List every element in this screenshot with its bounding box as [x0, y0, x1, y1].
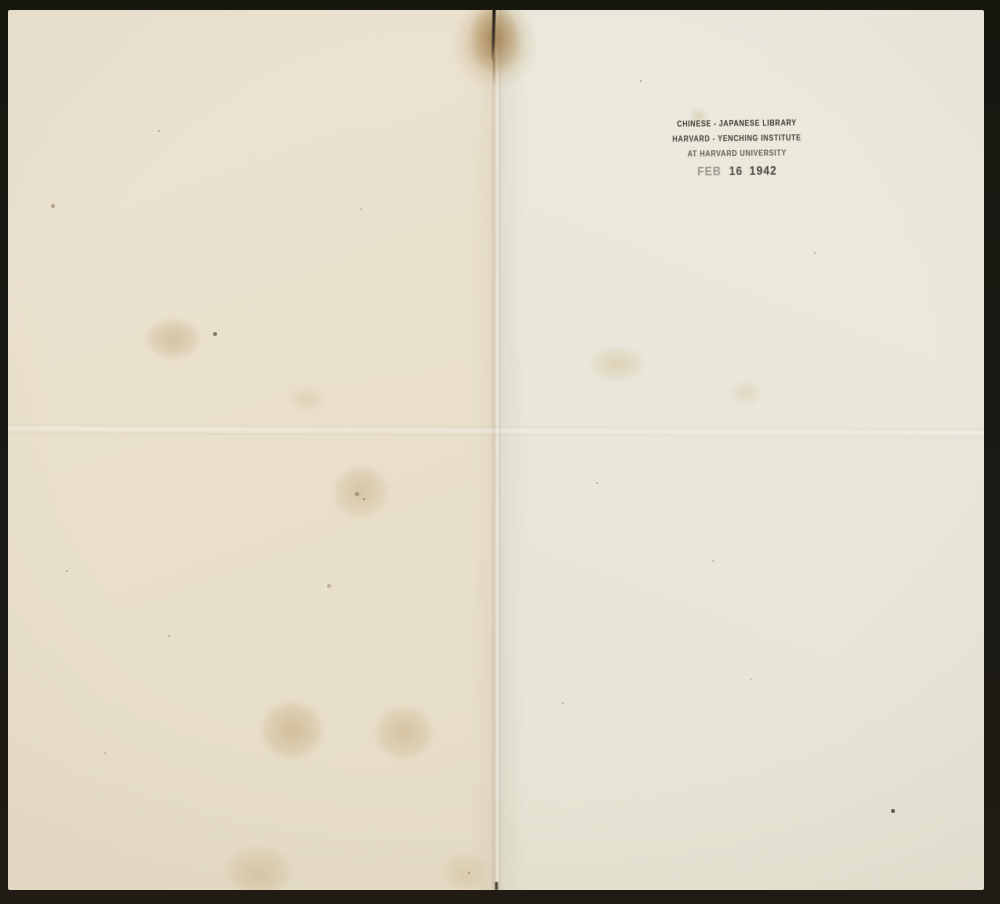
fold-crack-tail	[493, 58, 495, 88]
paper-spread: CHINESE - JAPANESE LIBRARY HARVARD - YEN…	[8, 10, 984, 890]
stamp-date-year: 1942	[749, 164, 777, 178]
book-fold-gutter	[492, 10, 502, 890]
right-page: CHINESE - JAPANESE LIBRARY HARVARD - YEN…	[497, 10, 984, 890]
paper-specks	[8, 10, 10, 12]
stamp-line-institute: HARVARD - YENCHING INSTITUTE	[663, 130, 811, 147]
library-stamp: CHINESE - JAPANESE LIBRARY HARVARD - YEN…	[647, 115, 828, 179]
fold-bottom-notch	[495, 882, 498, 890]
stain-speck	[355, 492, 359, 496]
stamp-line-university: AT HARVARD UNIVERSITY	[663, 145, 811, 162]
stamp-date-day: 16	[729, 164, 743, 178]
left-page	[8, 10, 497, 890]
scan-background: CHINESE - JAPANESE LIBRARY HARVARD - YEN…	[0, 0, 1000, 904]
stamp-date-month: FEB	[697, 164, 721, 178]
stamp-date: FEB 16 1942	[656, 163, 818, 179]
stamp-line-library: CHINESE - JAPANESE LIBRARY	[663, 115, 811, 132]
